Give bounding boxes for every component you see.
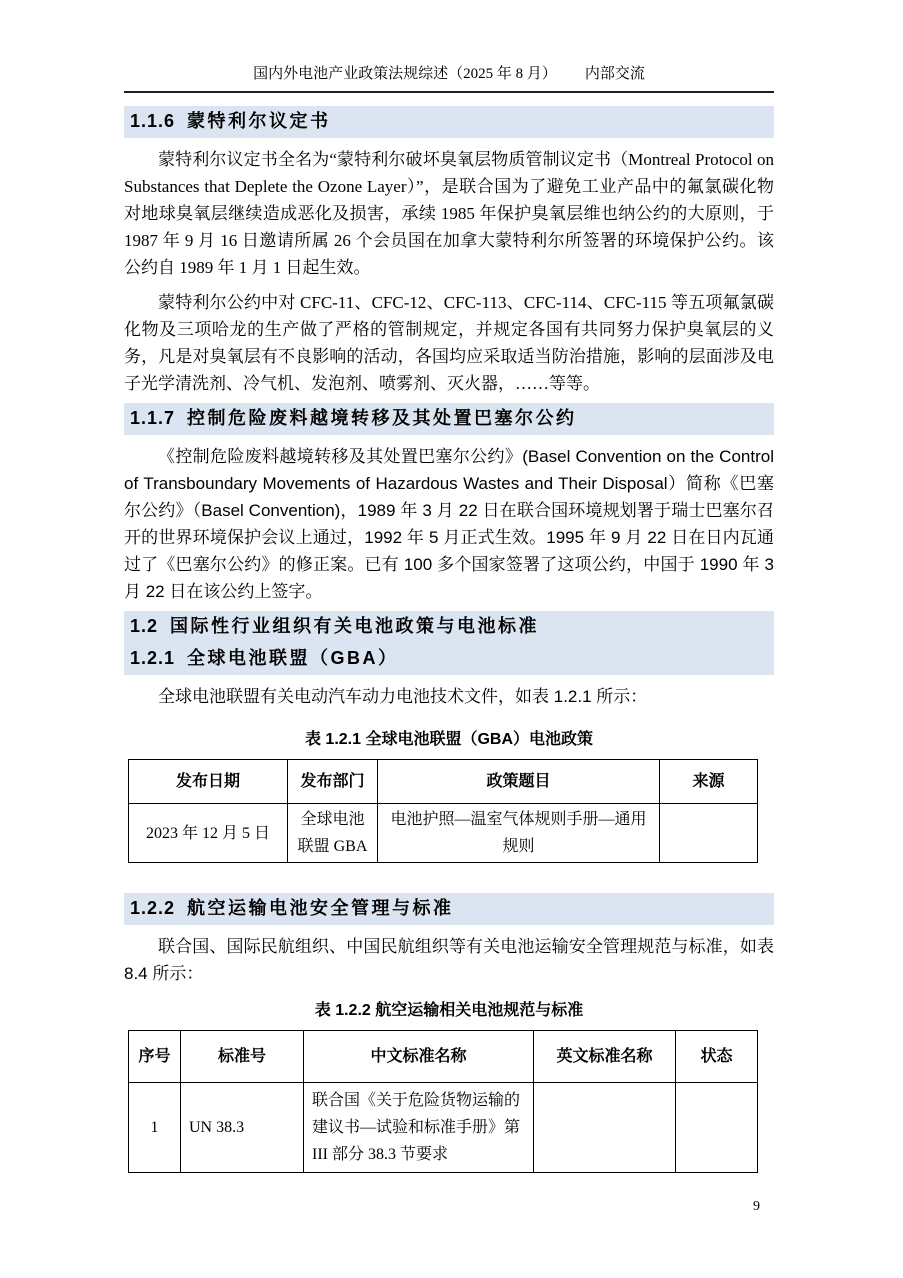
table-caption-1-2-2: 表 1.2.2 航空运输相关电池规范与标准 [124,1001,774,1021]
page-number: 9 [124,1199,774,1215]
section-number: 1.2 [130,616,158,636]
section-title: 控制危险废料越境转移及其处置巴塞尔公约 [187,408,577,428]
cell-policy-title: 电池护照—温室气体规则手册—通用规则 [378,804,660,863]
cell-en-standard-name [534,1083,676,1173]
section-heading-1-1-6: 1.1.6蒙特利尔议定书 [124,106,774,138]
section-number: 1.1.7 [130,408,175,428]
header-title: 国内外电池产业政策法规综述（2025 年 8 月） [253,66,557,82]
paragraph-basel: 《控制危险废料越境转移及其处置巴塞尔公约》(Basel Convention o… [124,443,774,605]
table-row: 2023 年 12 月 5 日 全球电池联盟 GBA 电池护照—温室气体规则手册… [129,804,758,863]
cell-source [660,804,758,863]
paragraph-montreal-2: 蒙特利尔公约中对 CFC-11、CFC-12、CFC-113、CFC-114、C… [124,289,774,397]
table-header-cell-dept: 发布部门 [288,760,378,804]
section-title: 蒙特利尔议定书 [187,111,331,131]
cell-standard-no: UN 38.3 [181,1083,304,1173]
section-title: 国际性行业组织有关电池政策与电池标准 [170,616,539,636]
table-header-cell-cn-name: 中文标准名称 [304,1031,534,1083]
header-rule [124,91,774,93]
paragraph-gba: 全球电池联盟有关电动汽车动力电池技术文件，如表 1.2.1 所示： [124,683,774,710]
table-header-cell-source: 来源 [660,760,758,804]
document-page: 国内外电池产业政策法规综述（2025 年 8 月）内部交流 1.1.6蒙特利尔议… [0,0,903,1278]
table-header-cell-standard-no: 标准号 [181,1031,304,1083]
cell-cn-standard-name: 联合国《关于危险货物运输的建议书—试验和标准手册》第 III 部分 38.3 节… [304,1083,534,1173]
cell-release-dept: 全球电池联盟 GBA [288,804,378,863]
section-heading-1-2: 1.2国际性行业组织有关电池政策与电池标准 [124,611,774,643]
table-caption-1-2-1: 表 1.2.1 全球电池联盟（GBA）电池政策 [124,730,774,750]
cell-status [676,1083,758,1173]
section-title: 全球电池联盟（GBA） [187,648,399,668]
cell-seq-no: 1 [129,1083,181,1173]
aviation-standards-table: 序号 标准号 中文标准名称 英文标准名称 状态 1 UN 38.3 联合国《关于… [128,1030,758,1173]
table-header-row: 发布日期 发布部门 政策题目 来源 [129,760,758,804]
gba-policy-table: 发布日期 发布部门 政策题目 来源 2023 年 12 月 5 日 全球电池联盟… [128,759,758,863]
table-header-cell-date: 发布日期 [129,760,288,804]
section-number: 1.1.6 [130,111,175,131]
paragraph-aviation: 联合国、国际民航组织、中国民航组织等有关电池运输安全管理规范与标准，如表 8.4… [124,933,774,987]
paragraph-montreal-1: 蒙特利尔议定书全名为“蒙特利尔破坏臭氧层物质管制议定书（Montreal Pro… [124,146,774,281]
page-header: 国内外电池产业政策法规综述（2025 年 8 月）内部交流 [124,64,774,84]
section-number: 1.2.1 [130,648,175,668]
table-row: 1 UN 38.3 联合国《关于危险货物运输的建议书—试验和标准手册》第 III… [129,1083,758,1173]
table-header-cell-no: 序号 [129,1031,181,1083]
section-heading-1-2-2: 1.2.2航空运输电池安全管理与标准 [124,893,774,925]
header-note: 内部交流 [585,66,645,82]
table-header-cell-status: 状态 [676,1031,758,1083]
table-header-cell-en-name: 英文标准名称 [534,1031,676,1083]
section-number: 1.2.2 [130,898,175,918]
table-header-row: 序号 标准号 中文标准名称 英文标准名称 状态 [129,1031,758,1083]
table-header-cell-policy-title: 政策题目 [378,760,660,804]
section-heading-1-1-7: 1.1.7控制危险废料越境转移及其处置巴塞尔公约 [124,403,774,435]
cell-release-date: 2023 年 12 月 5 日 [129,804,288,863]
section-heading-1-2-1: 1.2.1全球电池联盟（GBA） [124,643,774,675]
section-title: 航空运输电池安全管理与标准 [187,898,454,918]
